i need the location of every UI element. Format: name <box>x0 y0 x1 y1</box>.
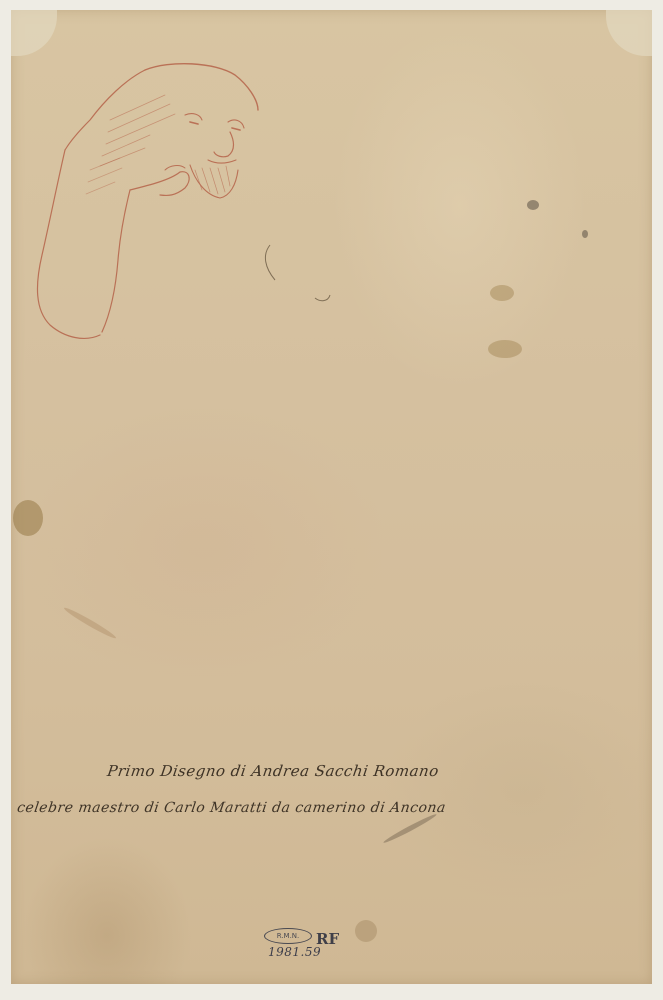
stain-right-3 <box>527 200 539 210</box>
red-chalk-sketch <box>30 40 350 360</box>
stain-bottom-1 <box>355 920 377 942</box>
inventory-number: 1981.59 <box>268 945 321 959</box>
stain-right-2 <box>488 340 522 358</box>
inscription-line-2: celebre maestro di Carlo Maratti da came… <box>16 800 447 816</box>
collection-stamp: R.M.N. <box>264 928 312 944</box>
stain-right-1 <box>490 285 514 301</box>
stain-left-edge <box>13 500 43 536</box>
inscription-line-1: Primo Disegno di Andrea Sacchi Romano <box>106 762 440 780</box>
stain-right-4 <box>582 230 588 238</box>
